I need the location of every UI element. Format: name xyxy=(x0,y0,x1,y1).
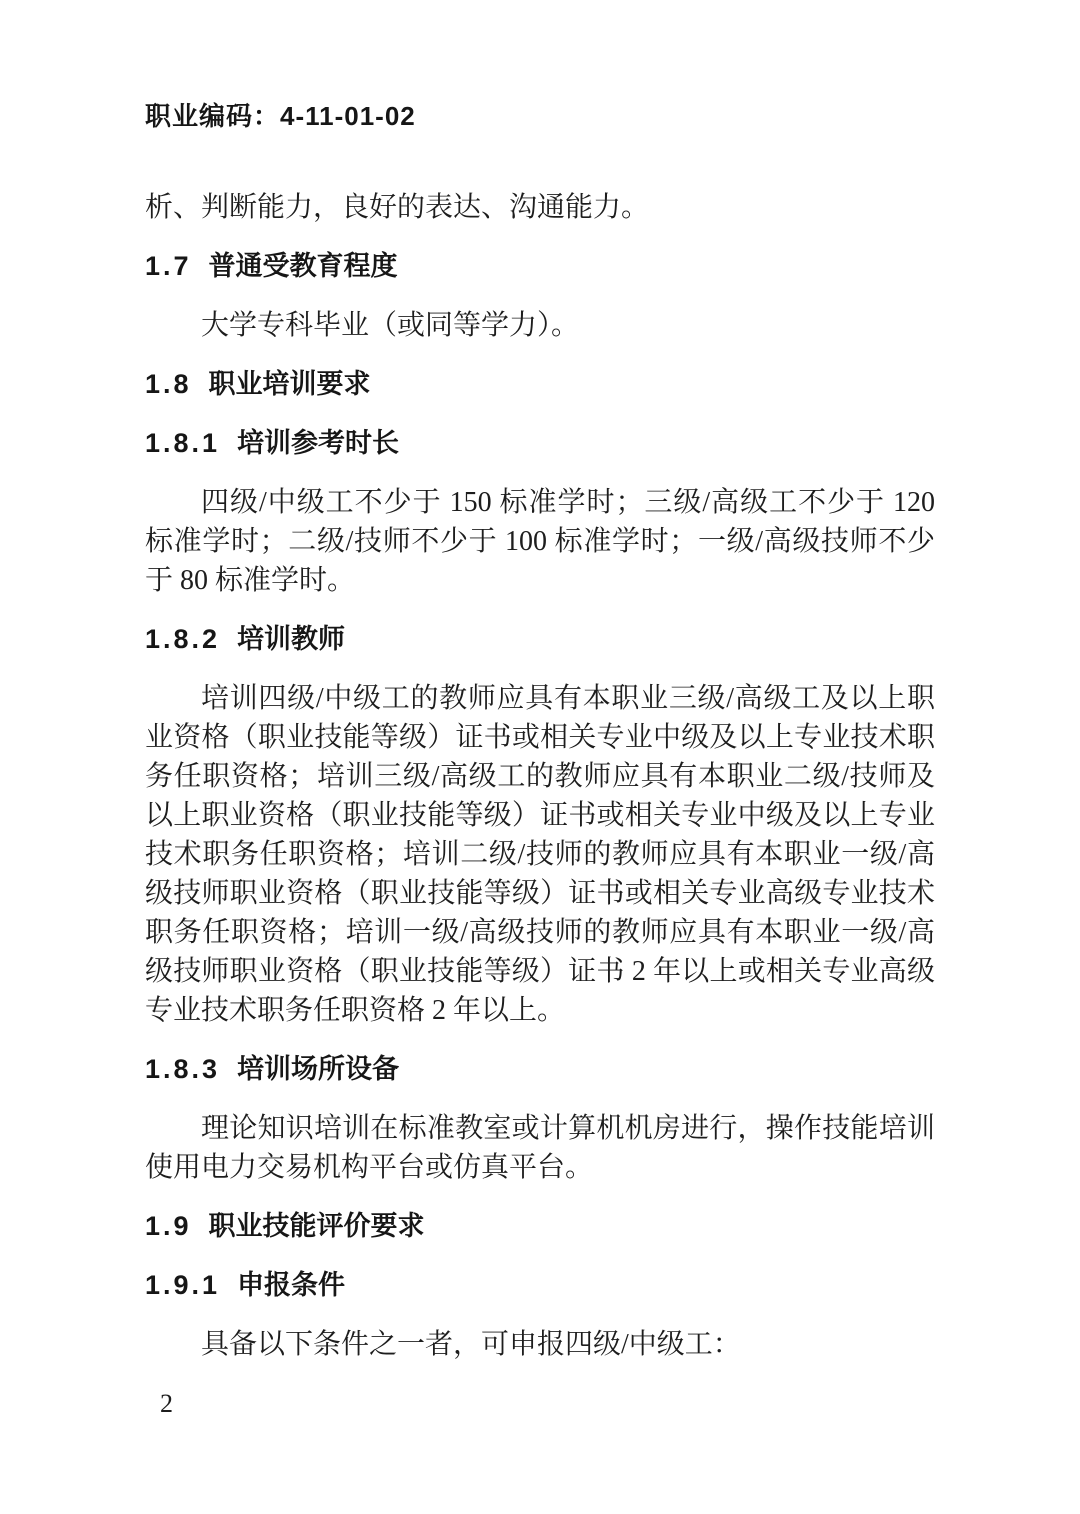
page-number: 2 xyxy=(145,1384,935,1423)
paragraph-continuation: 析、判断能力，良好的表达、沟通能力。 xyxy=(145,188,935,227)
section-title: 培训教师 xyxy=(237,624,345,654)
section-number: 1.9 xyxy=(145,1211,192,1241)
section-heading-1-8-1: 1.8.1培训参考时长 xyxy=(145,424,935,463)
paragraph-education-level: 大学专科毕业（或同等学力）。 xyxy=(145,306,935,345)
section-number: 1.8 xyxy=(145,369,192,399)
section-number: 1.9.1 xyxy=(145,1270,220,1300)
section-title: 培训场所设备 xyxy=(237,1054,399,1084)
section-title: 普通受教育程度 xyxy=(209,251,398,281)
section-title: 职业培训要求 xyxy=(209,369,371,399)
paragraph-training-facilities: 理论知识培训在标准教室或计算机机房进行，操作技能培训使用电力交易机构平台或仿真平… xyxy=(145,1109,935,1187)
paragraph-training-teachers: 培训四级/中级工的教师应具有本职业三级/高级工及以上职业资格（职业技能等级）证书… xyxy=(145,679,935,1030)
section-number: 1.7 xyxy=(145,251,192,281)
occupation-code-header: 职业编码：4-11-01-02 xyxy=(145,97,935,136)
section-heading-1-9-1: 1.9.1申报条件 xyxy=(145,1266,935,1305)
section-title: 职业技能评价要求 xyxy=(209,1211,425,1241)
section-heading-1-8: 1.8职业培训要求 xyxy=(145,365,935,404)
section-heading-1-7: 1.7普通受教育程度 xyxy=(145,247,935,286)
section-title: 培训参考时长 xyxy=(237,428,399,458)
section-number: 1.8.2 xyxy=(145,624,220,654)
section-number: 1.8.1 xyxy=(145,428,220,458)
paragraph-training-duration: 四级/中级工不少于 150 标准学时；三级/高级工不少于 120 标准学时；二级… xyxy=(145,483,935,600)
paragraph-application-conditions: 具备以下条件之一者，可申报四级/中级工： xyxy=(145,1325,935,1364)
section-title: 申报条件 xyxy=(237,1270,345,1300)
document-page: 职业编码：4-11-01-02 析、判断能力，良好的表达、沟通能力。 1.7普通… xyxy=(0,0,1080,1514)
section-heading-1-9: 1.9职业技能评价要求 xyxy=(145,1207,935,1246)
section-heading-1-8-3: 1.8.3培训场所设备 xyxy=(145,1050,935,1089)
section-heading-1-8-2: 1.8.2培训教师 xyxy=(145,620,935,659)
section-number: 1.8.3 xyxy=(145,1054,220,1084)
